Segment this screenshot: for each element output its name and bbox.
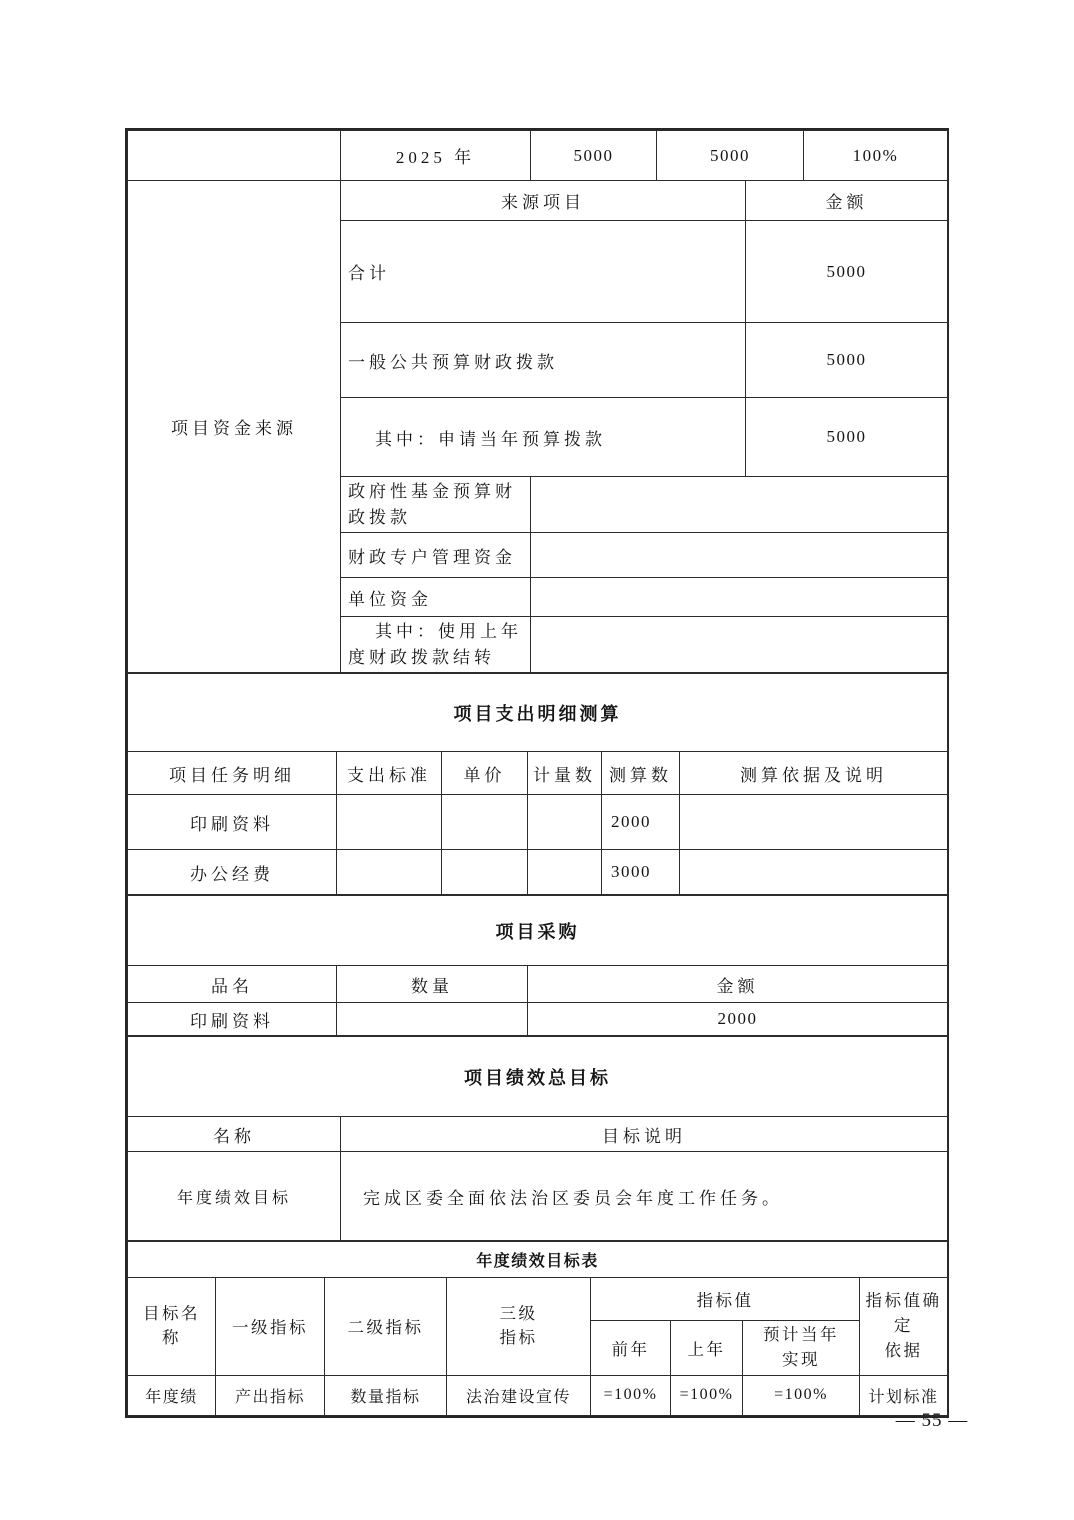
col-header-goal-name: 名称 (128, 1117, 341, 1152)
cell-current-year-request-label: 其中：申请当年预算拨款 (341, 398, 746, 477)
table-row: 项目绩效总目标 (128, 1037, 948, 1117)
table-row: 年度绩效目标表 (128, 1242, 948, 1278)
cell-carryover-amount (531, 617, 948, 673)
cell-level3-indicator: 法治建设宣传 (447, 1375, 591, 1415)
col-header-basis: 测算依据及说明 (680, 752, 948, 795)
procurement-table: 项目采购 品名 数量 金额 印刷资料 2000 (127, 895, 948, 1036)
cell-plan-amount-2: 5000 (657, 131, 804, 181)
cell-item-name: 印刷资料 (128, 1003, 337, 1036)
cell-item-quantity (337, 1003, 528, 1036)
budget-document-table: 2025 年 5000 5000 100% 项目资金来源 来源项目 金额 合计 … (125, 128, 949, 1418)
col-header-goal-desc: 目标说明 (341, 1117, 948, 1152)
funding-source-table: 2025 年 5000 5000 100% 项目资金来源 来源项目 金额 合计 … (127, 130, 948, 673)
cell-quantity (528, 795, 602, 850)
col-header-standard: 支出标准 (337, 752, 442, 795)
expenditure-detail-table: 项目支出明细测算 项目任务明细 支出标准 单价 计量数 测算数 测算依据及说明 … (127, 673, 948, 895)
cell-unit-funds-amount (531, 578, 948, 617)
col-header-indicator-value: 指标值 (591, 1278, 860, 1321)
col-header-level3-indicator: 三级 指标 (447, 1278, 591, 1376)
cell-basis (680, 795, 948, 850)
cell-total-amount: 5000 (746, 221, 948, 323)
annual-performance-goal-table: 年度绩效目标表 目标名 称 一级指标 二级指标 三级 指标 指标值 指标值确 定… (127, 1241, 948, 1416)
cell-gov-fund-label: 政府性基金预算财 政拨款 (341, 477, 531, 533)
cell-blank (128, 131, 341, 181)
procurement-section-title: 项目采购 (128, 896, 948, 966)
cell-fiscal-account-label: 财政专户管理资金 (341, 533, 531, 578)
table-row: 项目采购 (128, 896, 948, 966)
cell-basis (680, 850, 948, 895)
cell-item-amount: 2000 (528, 1003, 948, 1036)
cell-total-label: 合计 (341, 221, 746, 323)
cell-carryover-label: 其中：使用上年 度财政拨款结转 (341, 617, 531, 673)
col-header-value-basis: 指标值确 定 依据 (860, 1278, 948, 1376)
cell-standard (337, 795, 442, 850)
cell-goal-name: 年度绩 (128, 1375, 216, 1415)
cell-value-expected-current: =100% (743, 1375, 860, 1415)
col-header-last-year: 上年 (671, 1321, 743, 1376)
cell-gov-fund-amount (531, 477, 948, 533)
cell-standard (337, 850, 442, 895)
table-row: 项目支出明细测算 (128, 674, 948, 752)
cell-quantity (528, 850, 602, 895)
table-row: 项目任务明细 支出标准 单价 计量数 测算数 测算依据及说明 (128, 752, 948, 795)
col-header-task: 项目任务明细 (128, 752, 337, 795)
overall-goal-table: 项目绩效总目标 名称 目标说明 年度绩效目标 完成区委全面依法治区委员会年度工作… (127, 1036, 948, 1241)
cell-unit-price (442, 795, 528, 850)
cell-estimate-office: 3000 (602, 850, 680, 895)
col-header-unit-price: 单价 (442, 752, 528, 795)
cell-funding-source-label: 项目资金来源 (128, 181, 341, 673)
table-row: 品名 数量 金额 (128, 966, 948, 1003)
col-header-quantity: 计量数 (528, 752, 602, 795)
table-row: 目标名 称 一级指标 二级指标 三级 指标 指标值 指标值确 定 依据 (128, 1278, 948, 1321)
cell-level2-indicator: 数量指标 (325, 1375, 447, 1415)
table-row: 2025 年 5000 5000 100% (128, 131, 948, 181)
table-row: 年度绩 产出指标 数量指标 法治建设宣传 =100% =100% =100% 计… (128, 1375, 948, 1415)
cell-level1-indicator: 产出指标 (216, 1375, 325, 1415)
table-row: 年度绩效目标 完成区委全面依法治区委员会年度工作任务。 (128, 1152, 948, 1241)
table-row: 印刷资料 2000 (128, 1003, 948, 1036)
col-header-goal-name: 目标名 称 (128, 1278, 216, 1376)
cell-value-year-before-last: =100% (591, 1375, 671, 1415)
cell-annual-goal-desc: 完成区委全面依法治区委员会年度工作任务。 (341, 1152, 948, 1241)
cell-task-printing: 印刷资料 (128, 795, 337, 850)
cell-amount-header: 金额 (746, 181, 948, 221)
cell-plan-amount-1: 5000 (531, 131, 657, 181)
cell-value-basis: 计划标准 (860, 1375, 948, 1415)
col-header-level1-indicator: 一级指标 (216, 1278, 325, 1376)
col-header-item-name: 品名 (128, 966, 337, 1003)
cell-value-last-year: =100% (671, 1375, 743, 1415)
col-header-year-before-last: 前年 (591, 1321, 671, 1376)
annual-goal-section-title: 年度绩效目标表 (128, 1242, 948, 1278)
cell-current-year-request-amount: 5000 (746, 398, 948, 477)
col-header-level2-indicator: 二级指标 (325, 1278, 447, 1376)
cell-estimate-printing: 2000 (602, 795, 680, 850)
cell-source-project-header: 来源项目 (341, 181, 746, 221)
col-header-item-quantity: 数量 (337, 966, 528, 1003)
cell-annual-goal-name: 年度绩效目标 (128, 1152, 341, 1241)
overall-goal-section-title: 项目绩效总目标 (128, 1037, 948, 1117)
table-row: 办公经费 3000 (128, 850, 948, 895)
cell-fiscal-account-amount (531, 533, 948, 578)
cell-plan-year: 2025 年 (341, 131, 531, 181)
cell-plan-percent: 100% (804, 131, 948, 181)
table-row: 项目资金来源 来源项目 金额 (128, 181, 948, 221)
cell-general-budget-label: 一般公共预算财政拨款 (341, 323, 746, 398)
table-row: 名称 目标说明 (128, 1117, 948, 1152)
document-page: 2025 年 5000 5000 100% 项目资金来源 来源项目 金额 合计 … (0, 0, 1074, 1520)
col-header-expected-current-year: 预计当年 实现 (743, 1321, 860, 1376)
cell-task-office: 办公经费 (128, 850, 337, 895)
col-header-estimate: 测算数 (602, 752, 680, 795)
cell-unit-price (442, 850, 528, 895)
page-number: — 55 — (890, 1410, 974, 1432)
cell-unit-funds-label: 单位资金 (341, 578, 531, 617)
cell-general-budget-amount: 5000 (746, 323, 948, 398)
expenditure-section-title: 项目支出明细测算 (128, 674, 948, 752)
table-row: 印刷资料 2000 (128, 795, 948, 850)
col-header-item-amount: 金额 (528, 966, 948, 1003)
